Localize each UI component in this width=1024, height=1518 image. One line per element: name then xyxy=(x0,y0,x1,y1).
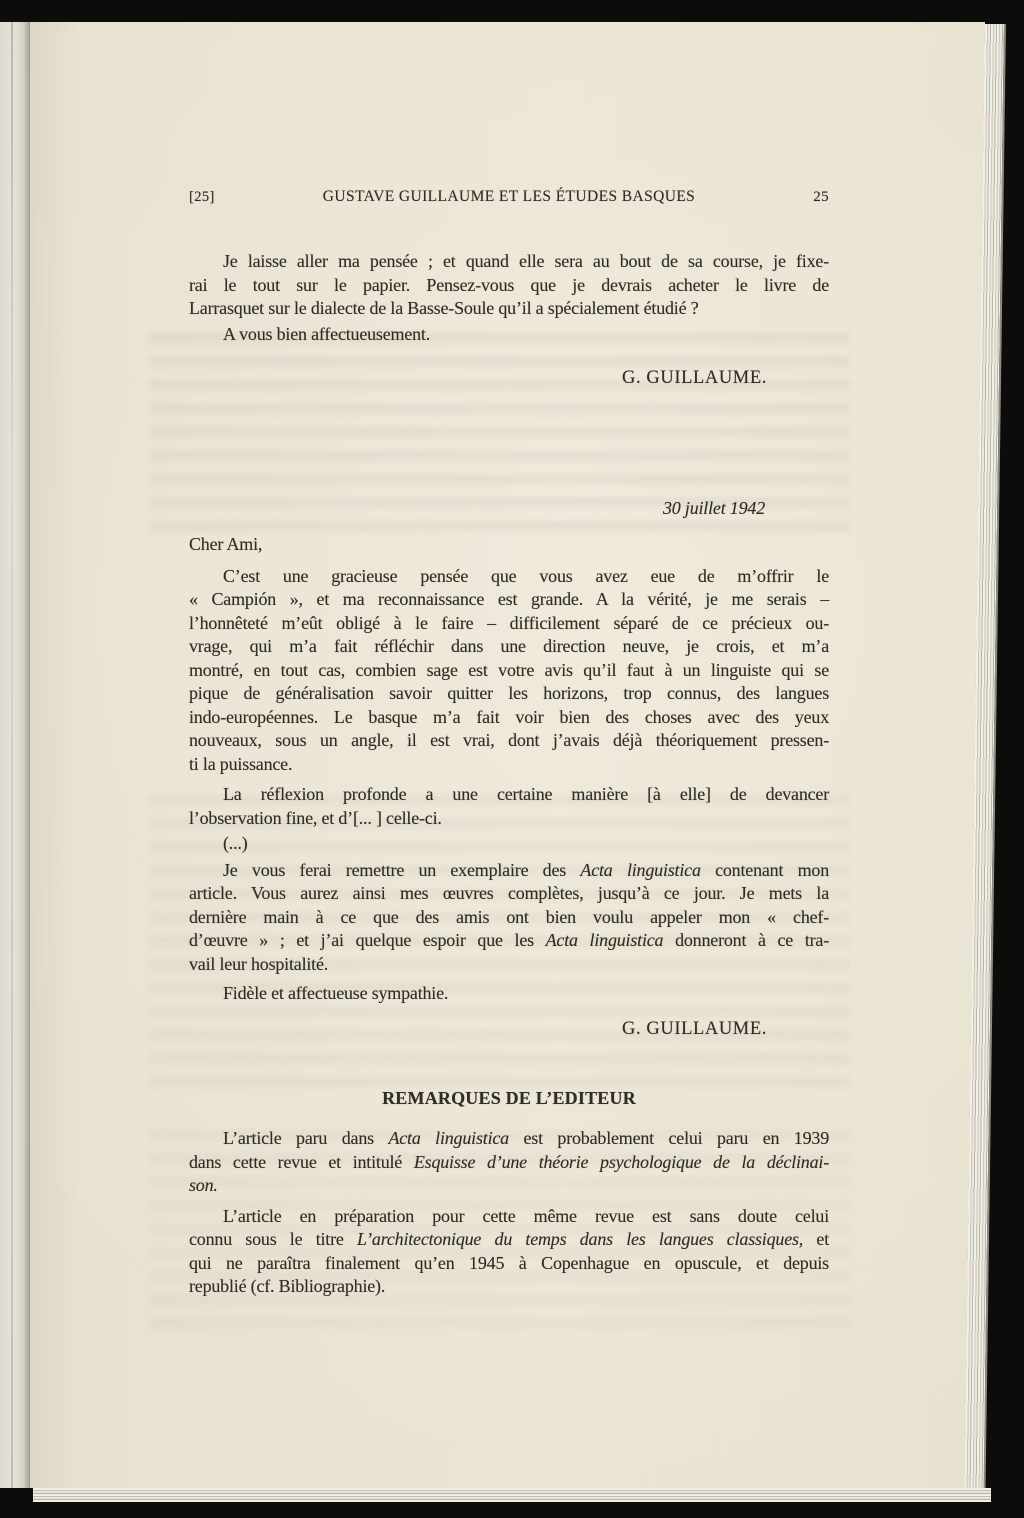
text-segment: dernière main à ce que des amis ont bien… xyxy=(189,907,829,927)
folio-bracket: [25] xyxy=(189,186,279,208)
text-segment: montré, en tout cas, combien sage est vo… xyxy=(189,660,829,680)
text-line: La réflexion profonde a une certaine man… xyxy=(189,783,829,807)
editor-remarks-heading: REMARQUES DE L’EDITEUR xyxy=(189,1087,829,1110)
letter2-paragraph-1: C’est une gracieuse pensée que vous avez… xyxy=(189,565,829,777)
italic-text-segment: son. xyxy=(189,1175,218,1195)
letter2-ellipsis: (...) xyxy=(189,832,829,856)
text-line: L’article en préparation pour cette même… xyxy=(189,1205,829,1229)
italic-text-segment: Acta linguistica xyxy=(388,1128,509,1148)
italic-text-segment: Acta linguistica xyxy=(580,860,700,880)
text-segment: qui ne paraîtra finalement qu’en 1945 à … xyxy=(189,1253,829,1273)
text-segment: dans cette revue et intitulé xyxy=(189,1152,414,1172)
scanned-book-photo: [25] GUSTAVE GUILLAUME ET LES ÉTUDES BAS… xyxy=(0,0,1024,1518)
text-segment: C’est une gracieuse pensée que vous avez… xyxy=(223,566,829,586)
text-segment: L’article paru dans xyxy=(223,1128,388,1148)
text-line: article. Vous aurez ainsi mes œuvres com… xyxy=(189,882,829,906)
text-line: Larrasquet sur le dialecte de la Basse-S… xyxy=(189,297,829,321)
letter1-closing: A vous bien affectueusement. xyxy=(189,323,829,347)
text-segment: La réflexion profonde a une certaine man… xyxy=(223,784,829,804)
letter2-date: 30 juillet 1942 xyxy=(189,497,829,521)
text-segment: donneront à ce tra- xyxy=(663,930,829,950)
text-line: C’est une gracieuse pensée que vous avez… xyxy=(189,565,829,589)
text-segment: republié (cf. Bibliographie). xyxy=(189,1276,385,1296)
text-segment: est probablement celui paru en 1939 xyxy=(509,1128,829,1148)
letter1-paragraph: Je laisse aller ma pensée ; et quand ell… xyxy=(189,250,829,321)
text-line: rai le tout sur le papier. Pensez-vous q… xyxy=(189,274,829,298)
italic-text-segment: Acta linguistica xyxy=(546,930,664,950)
text-line: pique de généralisation savoir quitter l… xyxy=(189,682,829,706)
text-segment: contenant mon xyxy=(701,860,829,880)
text-segment: vrage, qui m’a fait réfléchir dans une d… xyxy=(189,636,829,656)
text-line: d’œuvre » ; et j’ai quelque espoir que l… xyxy=(189,929,829,953)
page-stack-edge-bottom xyxy=(33,1488,991,1502)
text-segment: connu sous le titre xyxy=(189,1229,357,1249)
text-segment: vail leur hospitalité. xyxy=(189,954,328,974)
text-segment: l’honnêteté m’eût obligé à le faire – di… xyxy=(189,613,829,633)
page-number: 25 xyxy=(739,186,829,208)
book-page: [25] GUSTAVE GUILLAUME ET LES ÉTUDES BAS… xyxy=(30,22,985,1488)
text-line: indo-européennes. Le basque m’a fait voi… xyxy=(189,706,829,730)
text-line: ti la puissance. xyxy=(189,753,829,777)
text-segment: indo-européennes. Le basque m’a fait voi… xyxy=(189,707,829,727)
letter2-salutation: Cher Ami, xyxy=(189,533,829,557)
text-line: qui ne paraîtra finalement qu’en 1945 à … xyxy=(189,1252,829,1276)
text-segment: d’œuvre » ; et j’ai quelque espoir que l… xyxy=(189,930,546,950)
text-segment: pique de généralisation savoir quitter l… xyxy=(189,683,829,703)
text-line: montré, en tout cas, combien sage est vo… xyxy=(189,659,829,683)
page-header: [25] GUSTAVE GUILLAUME ET LES ÉTUDES BAS… xyxy=(189,186,829,208)
italic-text-segment: Esquisse d’une théorie psychologique de … xyxy=(414,1152,829,1172)
text-column: [25] GUSTAVE GUILLAUME ET LES ÉTUDES BAS… xyxy=(189,22,829,1299)
text-segment: ti la puissance. xyxy=(189,754,292,774)
letter2-paragraph-3: Je vous ferai remettre un exemplaire des… xyxy=(189,859,829,977)
text-line: Je vous ferai remettre un exemplaire des… xyxy=(189,859,829,883)
running-title: GUSTAVE GUILLAUME ET LES ÉTUDES BASQUES xyxy=(279,186,739,208)
text-line: dernière main à ce que des amis ont bien… xyxy=(189,906,829,930)
text-line: l’honnêteté m’eût obligé à le faire – di… xyxy=(189,612,829,636)
italic-text-segment: L’architectonique du temps dans les lang… xyxy=(357,1229,803,1249)
text-line: L’article paru dans Acta linguistica est… xyxy=(189,1127,829,1151)
text-segment: nouveaux, sous un angle, il est vrai, do… xyxy=(189,730,829,750)
letter2-paragraph-2: La réflexion profonde a une certaine man… xyxy=(189,783,829,830)
text-segment: et xyxy=(803,1229,829,1249)
text-segment: rai le tout sur le papier. Pensez-vous q… xyxy=(189,275,829,295)
text-segment: Je laisse aller ma pensée ; et quand ell… xyxy=(223,251,829,271)
letter1-signature: G. GUILLAUME. xyxy=(189,367,829,391)
text-line: l’observation fine, et d’[... ] celle-ci… xyxy=(189,807,829,831)
book-gutter-edge xyxy=(0,22,30,1488)
text-segment: « Campión », et ma reconnaissance est gr… xyxy=(189,589,829,609)
text-line: dans cette revue et intitulé Esquisse d’… xyxy=(189,1151,829,1175)
letter2-signature: G. GUILLAUME. xyxy=(189,1018,829,1042)
gutter-crease-line xyxy=(11,22,13,1488)
text-line: nouveaux, sous un angle, il est vrai, do… xyxy=(189,729,829,753)
text-line: Je laisse aller ma pensée ; et quand ell… xyxy=(189,250,829,274)
text-segment: L’article en préparation pour cette même… xyxy=(223,1206,829,1226)
letter2-closing: Fidèle et affectueuse sympathie. xyxy=(189,982,829,1006)
text-segment: Larrasquet sur le dialecte de la Basse-S… xyxy=(189,298,699,318)
text-segment: article. Vous aurez ainsi mes œuvres com… xyxy=(189,883,829,903)
text-line: connu sous le titre L’architectonique du… xyxy=(189,1228,829,1252)
text-line: vrage, qui m’a fait réfléchir dans une d… xyxy=(189,635,829,659)
text-line: « Campión », et ma reconnaissance est gr… xyxy=(189,588,829,612)
text-segment: l’observation fine, et d’[... ] celle-ci… xyxy=(189,808,442,828)
text-segment: Je vous ferai remettre un exemplaire des xyxy=(223,860,580,880)
text-line: son. xyxy=(189,1174,829,1198)
text-line: vail leur hospitalité. xyxy=(189,953,829,977)
editor-paragraph-2: L’article en préparation pour cette même… xyxy=(189,1205,829,1299)
text-line: republié (cf. Bibliographie). xyxy=(189,1275,829,1299)
editor-paragraph-1: L’article paru dans Acta linguistica est… xyxy=(189,1127,829,1198)
